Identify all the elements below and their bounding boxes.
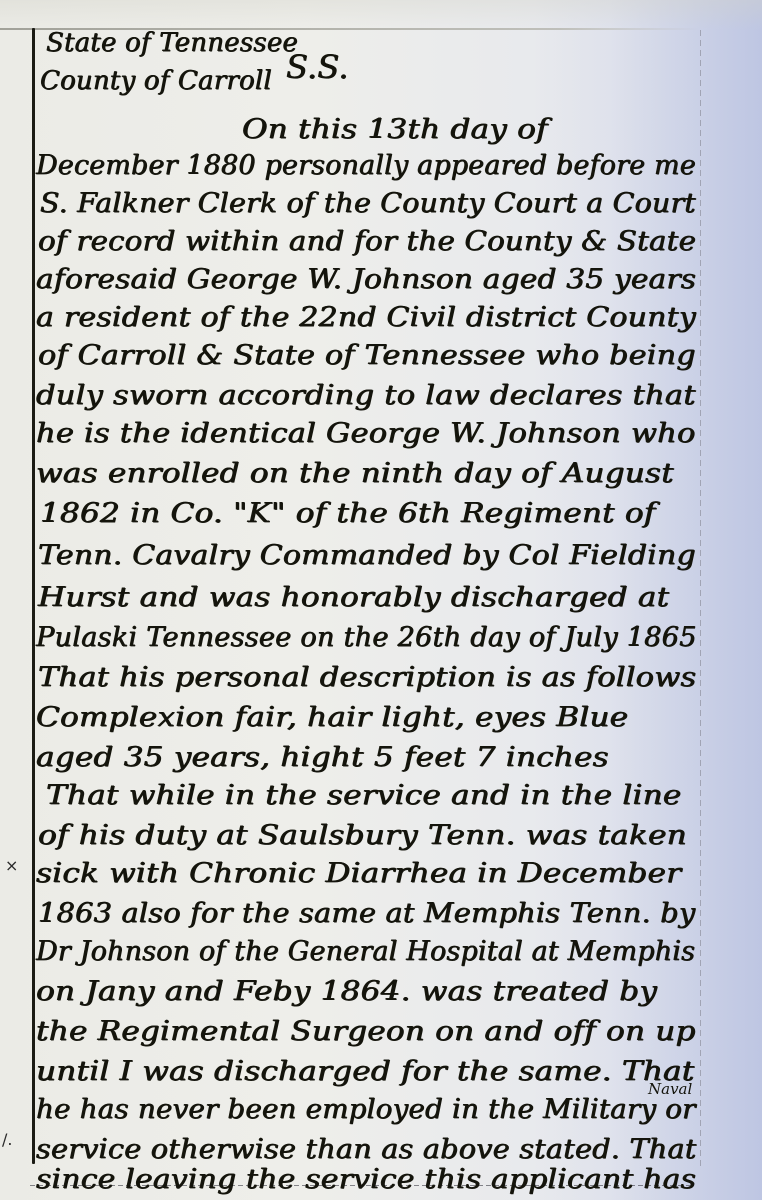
text-line-24: the Regimental Surgeon on and off on up	[36, 1016, 696, 1047]
text-line-2: December 1880 personally appeared before…	[36, 150, 696, 181]
text-line-17: aged 35 years, hight 5 feet 7 inches	[36, 742, 609, 773]
text-line-14: Pulaski Tennessee on the 26th day of Jul…	[36, 622, 697, 653]
text-line-4: of record within and for the County & St…	[38, 226, 696, 257]
text-line-7: of Carroll & State of Tennessee who bein…	[38, 340, 696, 371]
text-line-9: he is the identical George W. Johnson wh…	[36, 418, 696, 449]
text-line-15: That his personal description is as foll…	[38, 662, 696, 693]
text-line-16: Complexion fair, hair light, eyes Blue	[36, 702, 628, 733]
text-line-19: of his duty at Saulsbury Tenn. was taken	[38, 820, 687, 851]
text-line-22: Dr Johnson of the General Hospital at Me…	[36, 936, 695, 967]
text-line-13: Hurst and was honorably discharged at	[38, 582, 669, 613]
text-line-26: he has never been employed in the Milita…	[36, 1094, 696, 1125]
text-line-27: service otherwise than as above stated. …	[36, 1134, 697, 1165]
header-state-line: State of Tennessee	[46, 28, 298, 58]
margin-x-mark: ×	[5, 856, 18, 875]
text-line-1: On this 13th day of	[242, 114, 548, 145]
left-margin-rule	[32, 28, 35, 1164]
document-page: × /. State of Tennessee County of Carrol…	[0, 0, 762, 1200]
text-line-28: since leaving the service this applicant…	[36, 1164, 696, 1195]
ss-mark: S.S.	[286, 48, 349, 86]
text-line-10: was enrolled on the ninth day of August	[36, 458, 674, 489]
text-line-6: a resident of the 22nd Civil district Co…	[36, 302, 696, 333]
margin-tick-mark: /.	[2, 1130, 12, 1149]
interlinear-note: Naval	[648, 1080, 692, 1098]
text-line-11: 1862 in Co. "K" of the 6th Regiment of	[40, 498, 656, 529]
text-line-18: That while in the service and in the lin…	[46, 780, 681, 811]
text-line-5: aforesaid George W. Johnson aged 35 year…	[36, 264, 696, 295]
header-county-line: County of Carroll	[40, 66, 272, 96]
right-page-edge	[700, 30, 701, 1170]
text-line-25: until I was discharged for the same. Tha…	[36, 1056, 694, 1087]
text-line-20: sick with Chronic Diarrhea in December	[36, 858, 681, 889]
text-line-21: 1863 also for the same at Memphis Tenn. …	[38, 898, 695, 929]
text-line-8: duly sworn according to law declares tha…	[36, 380, 696, 411]
text-line-3: S. Falkner Clerk of the County Court a C…	[40, 188, 696, 219]
text-line-23: on Jany and Feby 1864. was treated by	[36, 976, 657, 1007]
text-line-12: Tenn. Cavalry Commanded by Col Fielding	[38, 540, 696, 571]
